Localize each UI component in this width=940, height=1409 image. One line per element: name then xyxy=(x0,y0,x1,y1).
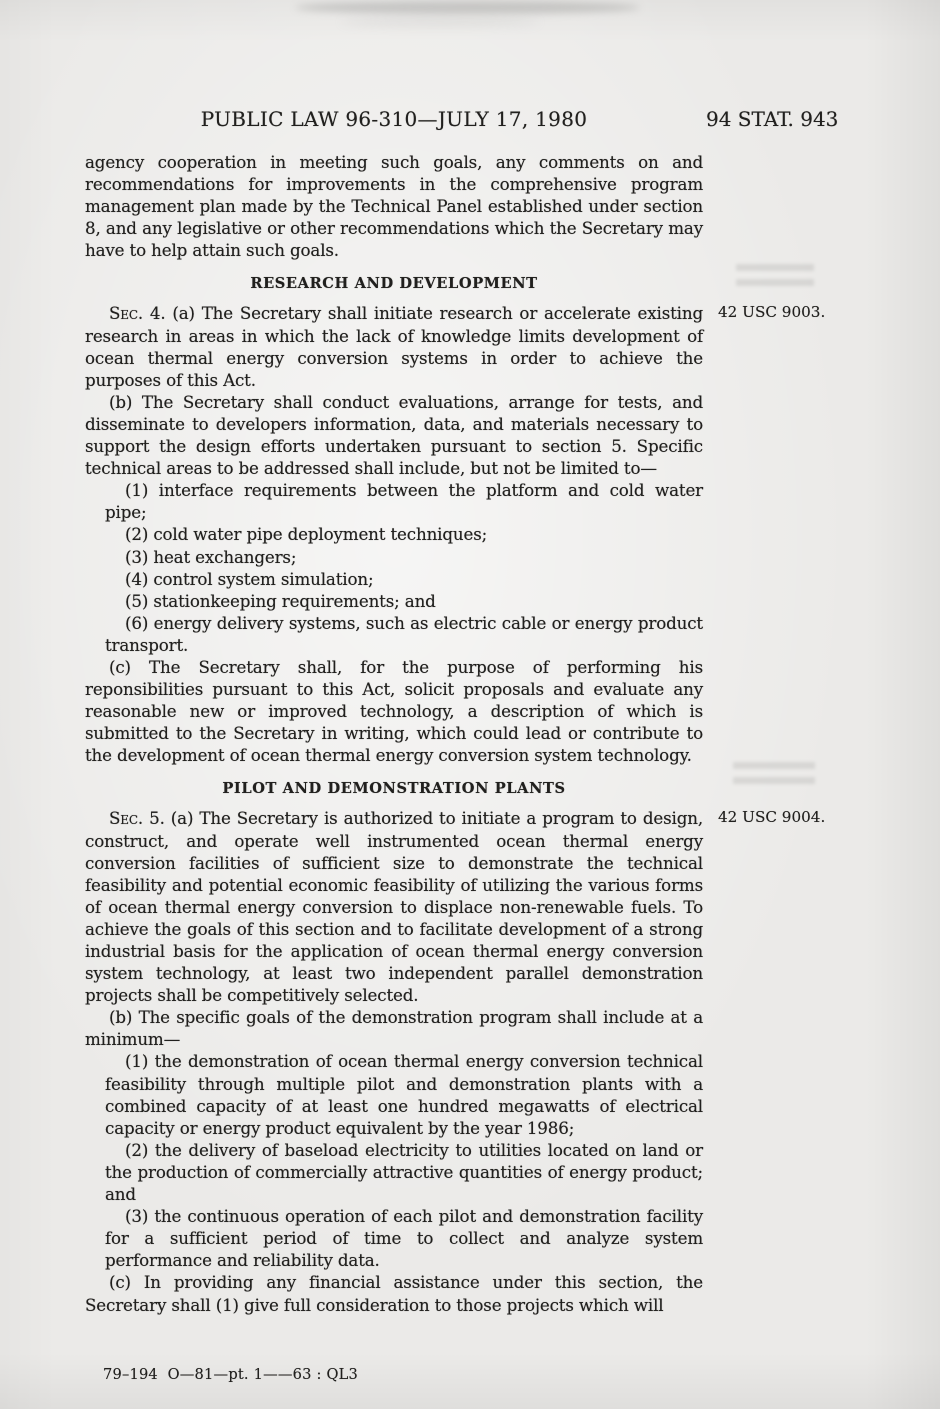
list-item: (3) the continuous operation of each pil… xyxy=(85,1205,703,1271)
sec5-paragraph-b: (b) The specific goals of the demonstrat… xyxy=(85,1006,703,1050)
page-header-stat-ref: 94 STAT. 943 xyxy=(706,107,862,131)
sec4-paragraph-c: (c) The Secretary shall, for the purpose… xyxy=(85,656,703,766)
page-header-law-title: PUBLIC LAW 96-310—JULY 17, 1980 xyxy=(85,107,703,131)
section-heading-research: RESEARCH AND DEVELOPMENT xyxy=(85,275,703,293)
list-item: (2) cold water pipe deployment technique… xyxy=(85,523,703,545)
list-item: (2) the delivery of baseload electricity… xyxy=(85,1139,703,1205)
sec4-paragraph-b: (b) The Secretary shall conduct evaluati… xyxy=(85,391,703,479)
intro-paragraph: agency cooperation in meeting such goals… xyxy=(85,151,703,261)
scan-smudge xyxy=(340,18,540,26)
scanned-statute-page: PUBLIC LAW 96-310—JULY 17, 1980 94 STAT.… xyxy=(0,0,940,1409)
margin-note-usc-9003: 42 USC 9003. xyxy=(718,303,928,322)
sec5-label: Sec. 5. xyxy=(109,808,165,828)
footer-print-code: 79–194 O—81—pt. 1——63 : QL3 xyxy=(103,1366,358,1383)
sec5-paragraph-c: (c) In providing any financial assistanc… xyxy=(85,1271,703,1315)
scan-smudge xyxy=(295,1,640,14)
list-item: (3) heat exchangers; xyxy=(85,546,703,568)
sec4-label: Sec. 4. xyxy=(109,303,166,323)
bleed-through-artifact xyxy=(736,260,814,290)
sec4-paragraph-a-text: (a) The Secretary shall initiate researc… xyxy=(85,303,703,389)
section-heading-pilot: PILOT AND DEMONSTRATION PLANTS xyxy=(85,780,703,798)
margin-note-usc-9004: 42 USC 9004. xyxy=(718,808,928,827)
list-item: (1) the demonstration of ocean thermal e… xyxy=(85,1050,703,1138)
list-item: (6) energy delivery systems, such as ele… xyxy=(85,612,703,656)
list-item: (5) stationkeeping requirements; and xyxy=(85,590,703,612)
statute-text-column: agency cooperation in meeting such goals… xyxy=(85,151,703,1316)
sec5-item-list: (1) the demonstration of ocean thermal e… xyxy=(85,1050,703,1271)
sec4-paragraph-a: Sec. 4. (a) The Secretary shall initiate… xyxy=(85,302,703,390)
sec5-paragraph-a: Sec. 5. (a) The Secretary is authorized … xyxy=(85,807,703,1006)
sec5-paragraph-a-text: (a) The Secretary is authorized to initi… xyxy=(85,808,703,1005)
bleed-through-artifact xyxy=(733,758,815,790)
list-item: (4) control system simulation; xyxy=(85,568,703,590)
list-item: (1) interface requirements between the p… xyxy=(85,479,703,523)
sec4-item-list: (1) interface requirements between the p… xyxy=(85,479,703,656)
